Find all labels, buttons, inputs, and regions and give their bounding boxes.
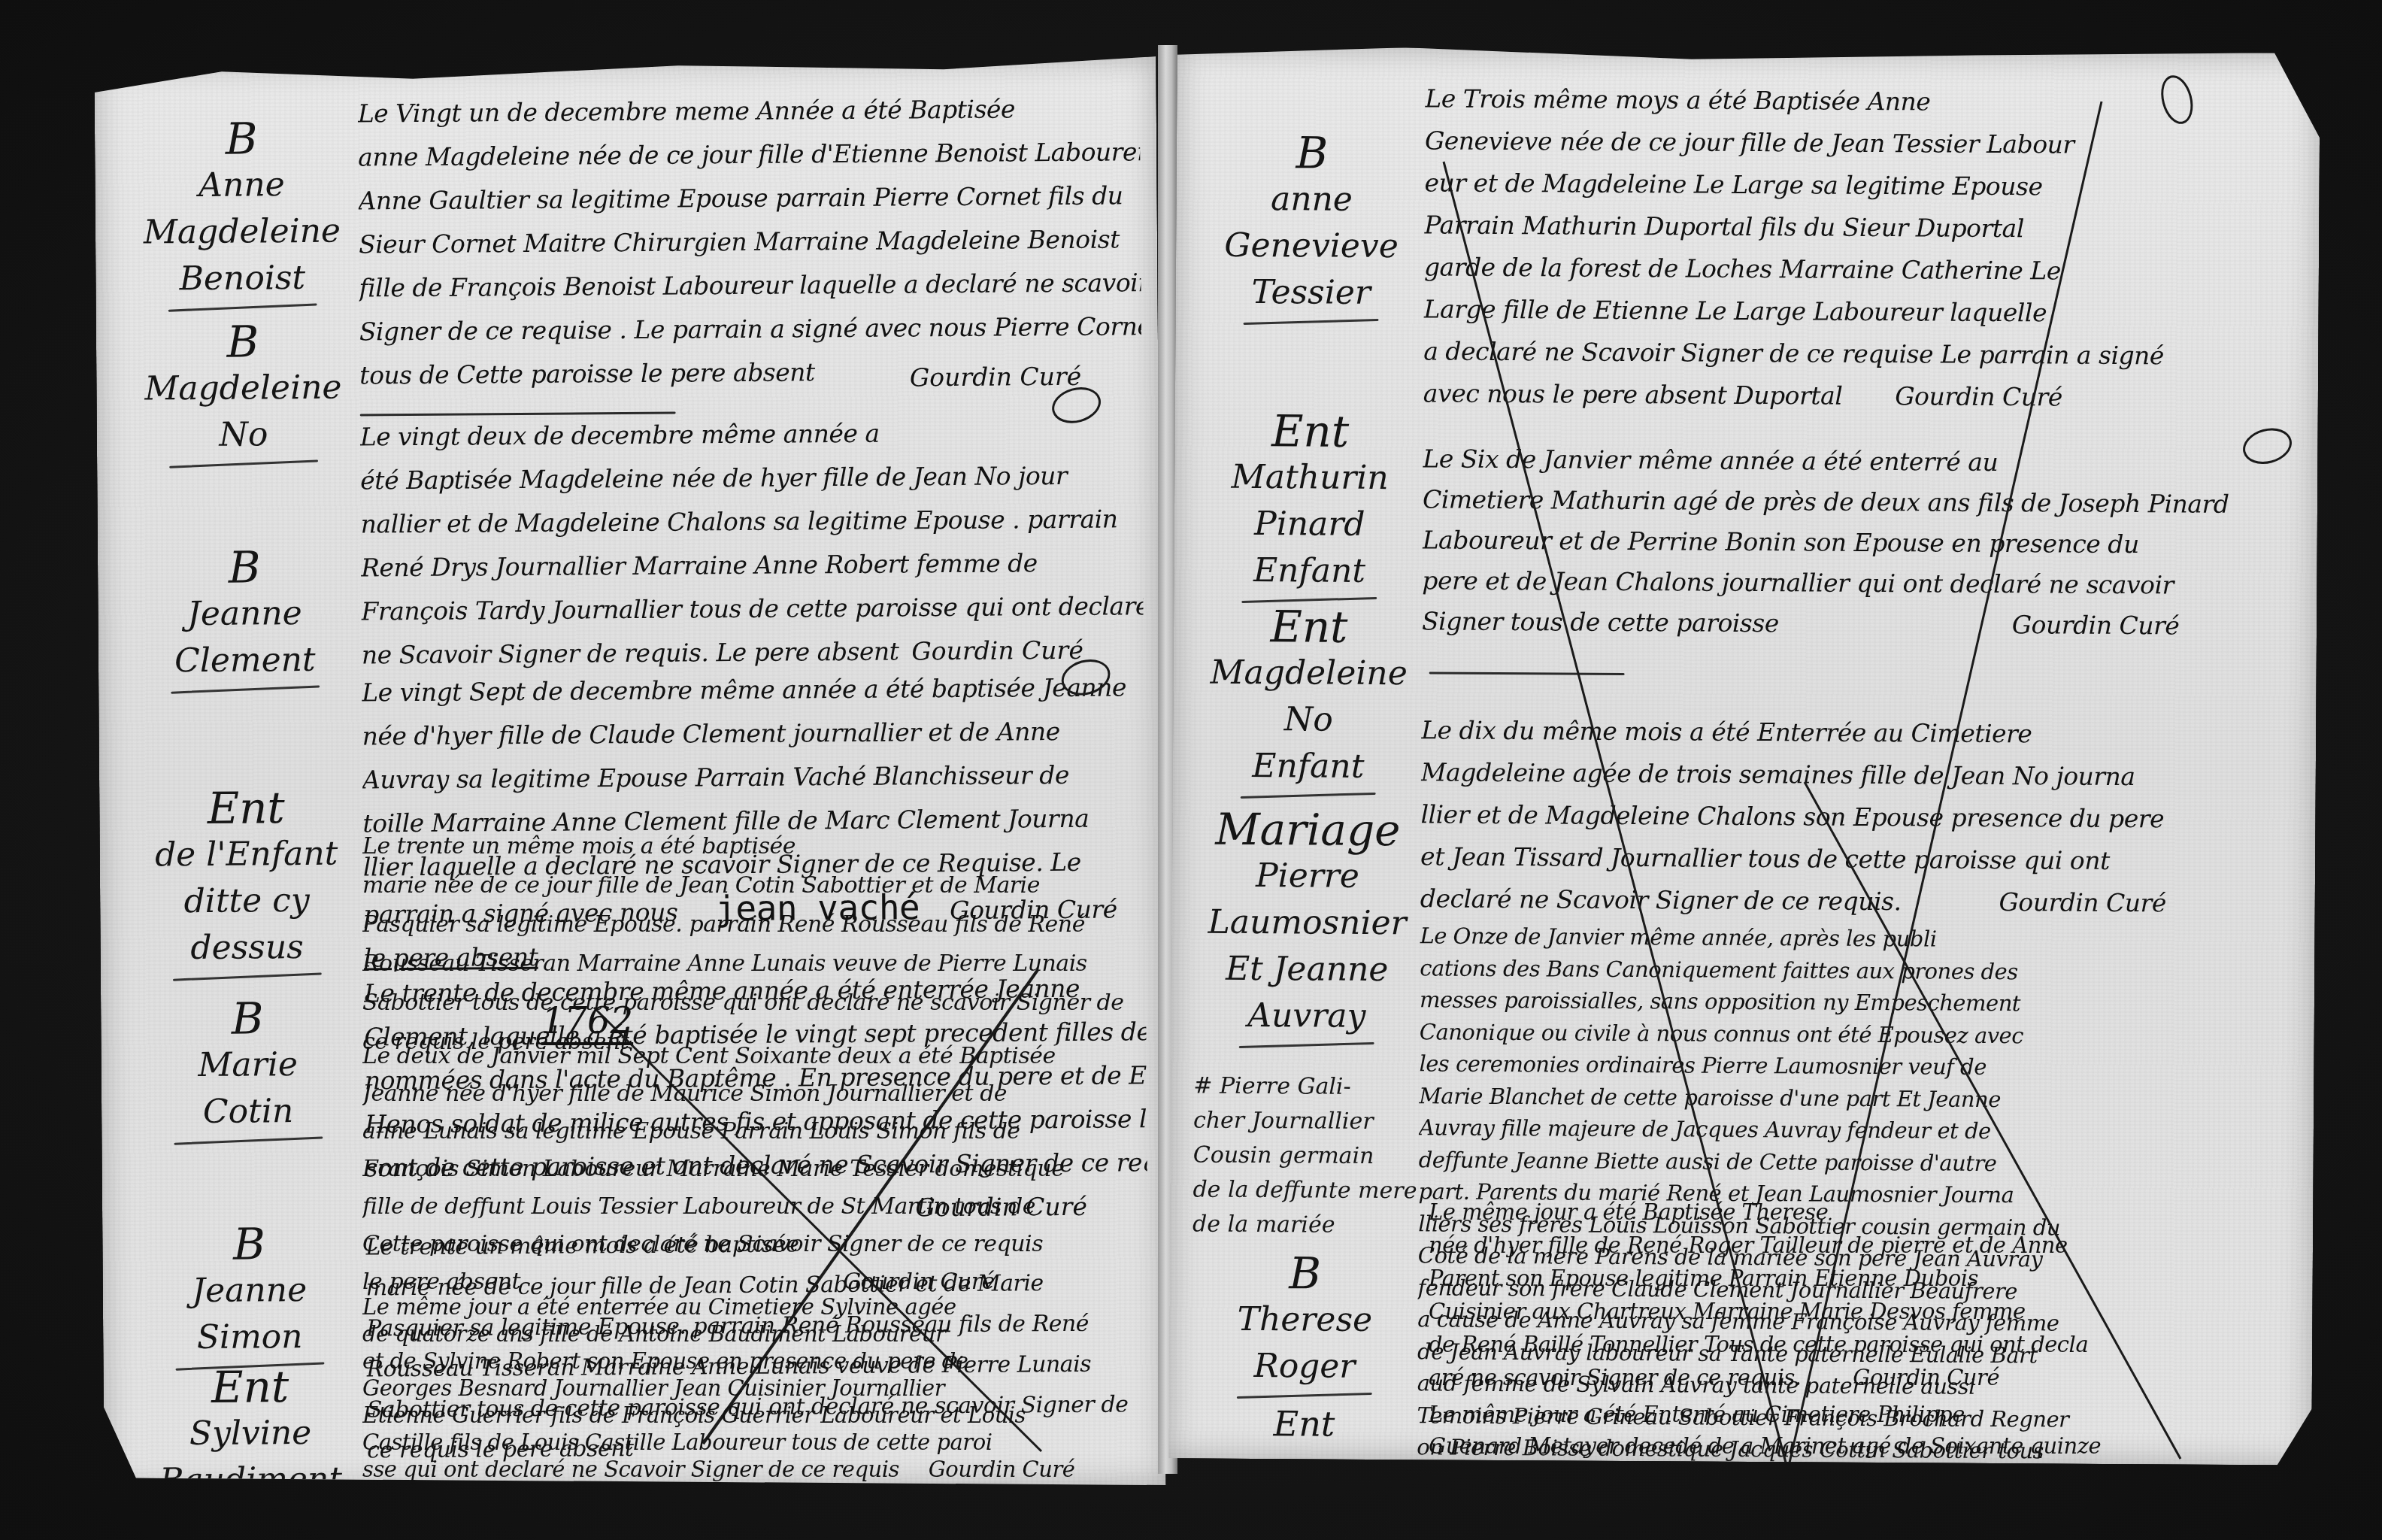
entry-line: Le même jour a été enterrée au Cimetiere…	[362, 1293, 1152, 1320]
entry-line: de quatorze ans fille de Antoine Baudime…	[362, 1320, 1152, 1347]
entry-line: Cuisinier aux Chartreux Marraine Marie D…	[1429, 1295, 2293, 1328]
register-entry: Le même jour a été Enterré au Cimetiere …	[1429, 1399, 2293, 1462]
entry-line: fille de deffunt Louis Tessier Laboureur…	[362, 1188, 1152, 1226]
entry-line: Le deux de Janvier mil Sept Cent Soixant…	[362, 1038, 1152, 1075]
year-heading: 1762	[541, 1000, 633, 1042]
right-bottom-entries: Le même jour a été Baptisée Therese née …	[1429, 1196, 2293, 1394]
entry-line-text: sse qui ont declaré ne Scavoir Signer de…	[362, 1457, 899, 1482]
entry-line: anne Lunais sa legitime Epouse Parrain L…	[362, 1113, 1152, 1150]
entry-line: Parent son Epouse legitime Parrain Etien…	[1429, 1262, 2293, 1295]
entry-line: François Simon Laboureur Marraine Marie …	[362, 1150, 1152, 1188]
cure-signature: Gourdin Curé	[843, 1269, 995, 1295]
entry-line: de René Baillé Tonnellier Tous de cette …	[1429, 1328, 2293, 1361]
entry-line: aré ne scavoir Signer de ce requis. Gour…	[1429, 1361, 2293, 1394]
register-entry: Le deux de Janvier mil Sept Cent Soixant…	[362, 1038, 1152, 1301]
entry-line: Cette paroisse qui ont declaré ne Scavoi…	[362, 1226, 1152, 1263]
entry-line-text: aré ne scavoir Signer de ce requis.	[1429, 1365, 1802, 1390]
entry-line: Le même jour a été Baptisée Therese	[1429, 1196, 2293, 1229]
entry-line: née d'hyer fille de René Roger Tailleur …	[1429, 1229, 2293, 1262]
right-bottom-entries-2: Le même jour a été Enterré au Cimetiere …	[1429, 1399, 2293, 1462]
entry-line-text: le pere absent	[362, 1269, 520, 1295]
entry-line: Castille fils de Louis Castille Laboureu…	[362, 1429, 1152, 1456]
left-bottom-entries: Le deux de Janvier mil Sept Cent Soixant…	[362, 1038, 1152, 1301]
register-entry: Le même jour a été Baptisée Therese née …	[1429, 1196, 2293, 1394]
entry-line: Le même jour a été Enterré au Cimetiere …	[1429, 1399, 2293, 1430]
cure-signature: Gourdin Curé	[1853, 1365, 1999, 1390]
entry-line: et de Sylvine Robert son Epouse en prese…	[362, 1347, 1152, 1375]
entry-line: Guenard Metayer decedé de a Marinet agé …	[1429, 1430, 2293, 1462]
entry-line: Jeanne née d'hyer fille de Maurice Simon…	[362, 1075, 1152, 1113]
cure-signature: Gourdin Curé	[929, 1457, 1075, 1482]
left-bottom-entries-2: Le même jour a été enterrée au Cimetiere…	[362, 1293, 1152, 1483]
entry-line: sse qui ont declaré ne Scavoir Signer de…	[362, 1456, 1152, 1483]
entry-line: Georges Besnard Journallier Jean Cuisini…	[362, 1375, 1152, 1402]
entry-line: Etienne Guerrier fils de François Guerri…	[362, 1402, 1152, 1429]
register-entry: Le même jour a été enterrée au Cimetiere…	[362, 1293, 1152, 1483]
